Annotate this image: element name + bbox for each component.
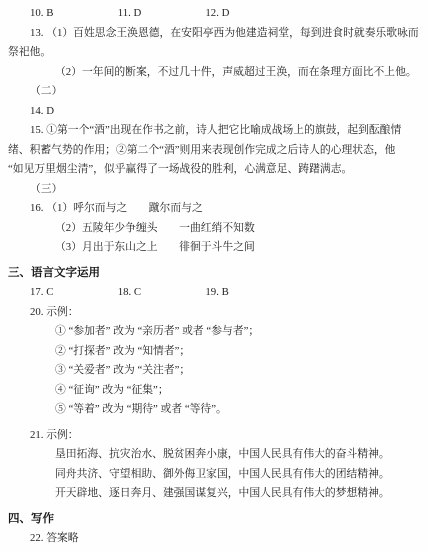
choice-answers-row-17-19: 17. C 18. C 19. B	[8, 283, 427, 303]
answer-20-item-3: ③ “关爱者” 改为 “关注者”；	[8, 361, 427, 381]
answer-11: 11. D	[118, 4, 203, 24]
answer-13-line-2: 祭祀他。	[8, 43, 427, 63]
answer-16-part-3: （3）月出于东山之上 徘徊于斗牛之间	[8, 238, 427, 258]
answer-20-item-1: ① “参加者” 改为 “亲历者” 或者 “参与者”；	[8, 322, 427, 342]
section-header-writing: 四、写作	[8, 510, 427, 530]
answer-20-item-5: ⑤ “等着” 改为 “期待” 或者 “等待”。	[8, 400, 427, 420]
passage-label-2: （二）	[8, 82, 427, 102]
answer-16-part-2: （2）五陵年少争缠头 一曲红绡不知数	[8, 219, 427, 239]
answer-10: 10. B	[30, 4, 115, 24]
answer-16-part-1: 16. （1）呼尔而与之 蹴尔而与之	[8, 199, 427, 219]
answer-14: 14. D	[8, 102, 427, 122]
answer-20-item-2: ② “打探者” 改为 “知情者”；	[8, 342, 427, 362]
answer-12: 12. D	[205, 4, 290, 24]
answer-18: 18. C	[118, 283, 203, 303]
answer-key-document: 10. B 11. D 12. D 13. （1）百姓思念王涣恩德，在安阳亭西为…	[0, 0, 429, 552]
answer-21-label: 21. 示例：	[8, 426, 427, 446]
choice-answers-row-10-12: 10. B 11. D 12. D	[8, 4, 427, 24]
passage-label-3: （三）	[8, 180, 427, 200]
answer-19: 19. B	[205, 283, 290, 303]
answer-15-line-1: 15. ①第一个“酒”出现在作书之前，诗人把它比喻成战场上的旗鼓，起到酝酿情	[8, 121, 427, 141]
answer-15-line-3: “如见万里烟尘清”，似乎赢得了一场战役的胜利，心满意足、踌躇满志。	[8, 160, 427, 180]
answer-15-line-2: 绪、积蓄气势的作用；②第二个“酒”则用来表现创作完成之后诗人的心理状态，他	[8, 141, 427, 161]
answer-13-part-2: （2）一年间的断案，不过几十件，声威超过王涣，而在条理方面比不上他。	[8, 63, 427, 83]
answer-13-line-1: 13. （1）百姓思念王涣恩德，在安阳亭西为他建造祠堂，每到进食时就奏乐歌咏而	[8, 24, 427, 44]
answer-20-item-4: ④ “征询” 改为 “征集”；	[8, 381, 427, 401]
section-header-language-use: 三、语言文字运用	[8, 264, 427, 284]
answer-17: 17. C	[30, 283, 115, 303]
answer-21-line-2: 同舟共济、守望相助、御外侮卫家国，中国人民具有伟大的团结精神。	[8, 465, 427, 485]
answer-21-line-3: 开天辟地、逐日奔月、建强国谋复兴，中国人民具有伟大的梦想精神。	[8, 484, 427, 504]
answer-20-label: 20. 示例：	[8, 303, 427, 323]
answer-21-line-1: 垦田拓海、抗灾治水、脱贫困奔小康，中国人民具有伟大的奋斗精神。	[8, 445, 427, 465]
answer-22: 22. 答案略	[8, 529, 427, 549]
